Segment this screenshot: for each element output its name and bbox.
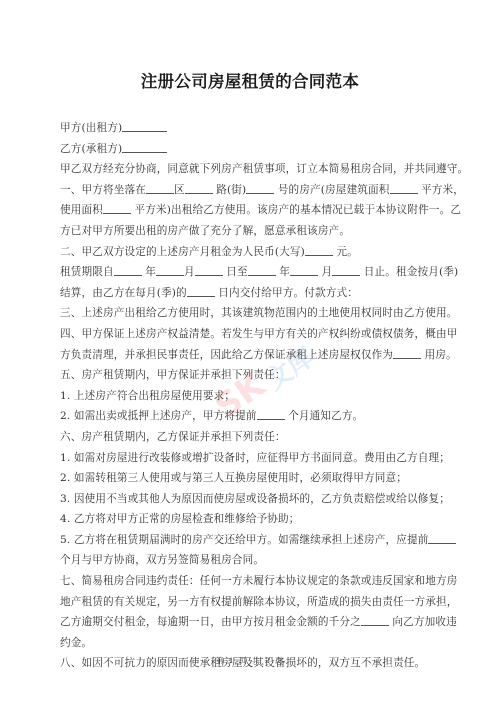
line-text: 乙方(承租方): [60, 143, 122, 155]
line-text: 个月与甲方协商，双方另签简易租房合同。: [60, 554, 264, 566]
document-line: 甲方(出租方): [60, 118, 440, 139]
document-line: 方负责清理，并承担民事责任，因此给乙方保证承租上述房屋权仅作为 用房。: [60, 345, 440, 366]
line-text: 一、甲方将坐落在: [60, 184, 146, 196]
line-text: 月: [184, 266, 195, 278]
line-text: 号的房产(房屋建筑面积: [274, 184, 389, 196]
line-text: 六、房产租赁期内，乙方保证并承担下列责任：: [60, 431, 286, 443]
document-line: 3. 因使用不当或其他人为原因而使房屋或设备损坏的，乙方负责赔偿或给以修复；: [60, 489, 440, 510]
line-text: 日内交付给甲方。付款方式：: [215, 287, 358, 299]
line-text: 1. 上述房产符合出租房屋使用要求；: [60, 390, 235, 402]
document-line: 个月与甲方协商，双方另签简易租房合同。: [60, 550, 440, 571]
blank-field: [187, 284, 215, 297]
document-line: 结算，由乙方在每月(季)的 日内交付给甲方。付款方式：: [60, 283, 440, 304]
line-text: 乙方逾期交付租金，每逾期一日，由甲方按月租金金额的千分之: [60, 616, 361, 628]
blank-field: [305, 243, 333, 256]
line-text: 租赁期限自: [60, 266, 114, 278]
line-text: 个月通知乙方。: [285, 410, 364, 422]
document-line: 乙方(承租方): [60, 139, 440, 160]
document-line: 六、房产租赁期内，乙方保证并承担下列责任：: [60, 427, 440, 448]
blank-field: [246, 181, 274, 194]
blank-field: [332, 263, 360, 276]
document-body: 甲方(出租方)乙方(承租方)甲乙双方经充分协商，同意就下列房产租赁事项，订立本简…: [60, 118, 440, 674]
line-text: 二、甲乙双方设定的上述房产月租金为人民币(大写): [60, 246, 305, 258]
line-text: 七、简易租房合同违约责任：任何一方未履行本协议规定的条款或违反国家和地方房: [60, 575, 458, 587]
line-text: 平方米，: [418, 184, 465, 196]
blank-field: [393, 346, 421, 359]
document-page: SK 文库 注册公司房屋租赁的合同范本 甲方(出租方)乙方(承租方)甲乙双方经充…: [0, 0, 500, 706]
line-text: 地产租赁的有关规定，另一方有权提前解除本协议，所造成的损失由责任一方承担，: [60, 596, 458, 608]
line-text: 元。: [333, 246, 358, 258]
blank-field: [103, 201, 131, 214]
line-text: 月: [318, 266, 332, 278]
line-text: 年: [142, 266, 156, 278]
document-line: 地产租赁的有关规定，另一方有权提前解除本协议，所造成的损失由责任一方承担，: [60, 592, 440, 613]
line-text: 2. 如需出卖或抵押上述房产，甲方将提前: [60, 410, 257, 422]
line-text: 平方米)出租给乙方使用。该房产的基本情况已载于本协议附件一。乙: [131, 204, 461, 216]
document-line: 一、甲方将坐落在区 路(街) 号的房产(房屋建筑面积 平方米，: [60, 180, 440, 201]
line-text: 3. 因使用不当或其他人为原因而使房屋或设备损坏的，乙方负责赔偿或给以修复；: [60, 493, 450, 505]
line-text: 方负责清理，并承担民事责任，因此给乙方保证承租上述房屋权仅作为: [60, 349, 393, 361]
line-text: 2. 如需转租第三人使用或与第三人互换房屋使用时，必须取得甲方同意；: [60, 472, 407, 484]
line-text: 使用面积: [60, 204, 103, 216]
document-line: 2. 如需转租第三人使用或与第三人互换房屋使用时，必须取得甲方同意；: [60, 468, 440, 489]
blank-field: [361, 613, 389, 626]
document-line: 租赁期限自 年月 日至 年 月 日止。租金按月(季): [60, 262, 440, 283]
line-text: 约金。: [60, 637, 92, 649]
line-text: 五、房产租赁期内，甲方保证并承担下列责任：: [60, 369, 286, 381]
document-line: 方已对甲方所要出租的房产做了充分了解，愿意承租该房产。: [60, 221, 440, 242]
line-text: 四、甲方保证上述房产权益清楚。若发生与甲方有关的产权纠纷或债权债务，概由甲: [60, 328, 458, 340]
line-text: 路(街): [213, 184, 247, 196]
document-line: 使用面积 平方米)出租给乙方使用。该房产的基本情况已载于本协议附件一。乙: [60, 200, 440, 221]
line-text: 三、上述房产出租给乙方使用时，其该建筑物范围内的土地使用权同时由乙方使用。: [60, 307, 458, 319]
blank-field: [290, 263, 318, 276]
line-text: 1. 如需对房屋进行改装修或增扩设备时，应征得甲方书面同意。费用由乙方自理；: [60, 452, 450, 464]
page-footer: 第 1 页 共 2 页: [0, 655, 500, 666]
document-line: 1. 上述房产符合出租房屋使用要求；: [60, 386, 440, 407]
document-line: 2. 如需出卖或抵押上述房产，甲方将提前 个月通知乙方。: [60, 406, 440, 427]
blank-field: [185, 181, 213, 194]
line-text: 区: [174, 184, 185, 196]
document-line: 四、甲方保证上述房产权益清楚。若发生与甲方有关的产权纠纷或债权债务，概由甲: [60, 324, 440, 345]
blank-field: [122, 140, 167, 153]
blank-field: [390, 181, 418, 194]
document-line: 二、甲乙双方设定的上述房产月租金为人民币(大写) 元。: [60, 242, 440, 263]
line-text: 甲方(出租方): [60, 122, 122, 134]
document-line: 约金。: [60, 633, 440, 654]
document-line: 5. 乙方将在租赁期届满时的房产交还给甲方。如需继续承担上述房产，应提前: [60, 530, 440, 551]
blank-field: [195, 263, 223, 276]
line-text: 向乙方加收违: [389, 616, 457, 628]
line-text: 方已对甲方所要出租的房产做了充分了解，愿意承租该房产。: [60, 225, 350, 237]
line-text: 年: [276, 266, 290, 278]
document-line: 七、简易租房合同违约责任：任何一方未履行本协议规定的条款或违反国家和地方房: [60, 571, 440, 592]
document-title: 注册公司房屋租赁的合同范本: [0, 68, 500, 92]
line-text: 5. 乙方将在租赁期届满时的房产交还给甲方。如需继续承担上述房产，应提前: [60, 534, 428, 546]
blank-field: [257, 407, 285, 420]
blank-field: [428, 531, 456, 544]
document-line: 1. 如需对房屋进行改装修或增扩设备时，应征得甲方书面同意。费用由乙方自理；: [60, 448, 440, 469]
blank-field: [248, 263, 276, 276]
document-line: 甲乙双方经充分协商，同意就下列房产租赁事项，订立本简易租房合同，并共同遵守。: [60, 159, 440, 180]
line-text: 用房。: [421, 349, 457, 361]
blank-field: [156, 263, 184, 276]
line-text: 日至: [223, 266, 248, 278]
blank-field: [114, 263, 142, 276]
document-line: 五、房产租赁期内，甲方保证并承担下列责任：: [60, 365, 440, 386]
line-text: 日止。租金按月(季): [360, 266, 458, 278]
document-line: 三、上述房产出租给乙方使用时，其该建筑物范围内的土地使用权同时由乙方使用。: [60, 303, 440, 324]
line-text: 结算，由乙方在每月(季)的: [60, 287, 187, 299]
line-text: 4. 乙方将对甲方正常的房屋检查和维修给予协助；: [60, 513, 300, 525]
blank-field: [122, 119, 167, 132]
document-line: 乙方逾期交付租金，每逾期一日，由甲方按月租金金额的千分之 向乙方加收违: [60, 612, 440, 633]
blank-field: [146, 181, 174, 194]
document-line: 4. 乙方将对甲方正常的房屋检查和维修给予协助；: [60, 509, 440, 530]
line-text: 甲乙双方经充分协商，同意就下列房产租赁事项，订立本简易租房合同，并共同遵守。: [60, 163, 468, 175]
